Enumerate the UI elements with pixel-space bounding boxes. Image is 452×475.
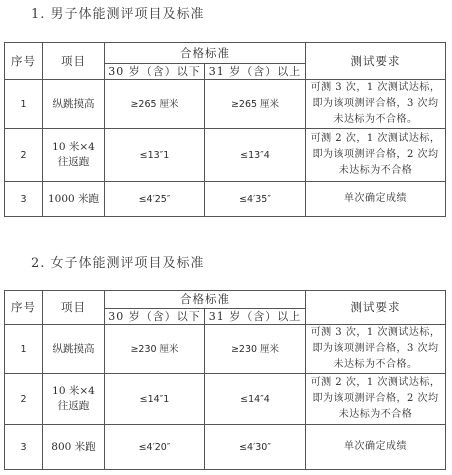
row-standard-over-31: ≤13″4: [205, 129, 306, 182]
section-title-women: 2. 女子体能测评项目及标准: [31, 252, 205, 271]
women-standards-table: 序号 项目 合格标准 测试要求 30 岁（含）以下 31 岁（含）以上 1 纵跳…: [4, 290, 446, 470]
header-requirement: 测试要求: [306, 43, 446, 80]
row-index: 3: [5, 182, 43, 217]
row-requirement: 可测 3 次，1 次测试达标，即为该项测评合格，3 次均未达标为不合格。: [306, 325, 446, 374]
row-item: 10 米×4 往返跑: [43, 129, 105, 182]
header-row: 序号 项目 合格标准 测试要求: [5, 291, 446, 309]
header-standard-group: 合格标准: [105, 43, 306, 64]
header-age-under-30: 30 岁（含）以下: [105, 309, 205, 325]
row-requirement: 可测 2 次，1 次测试达标，即为该项测评合格，2 次均未达标为不合格: [306, 374, 446, 425]
row-requirement: 单次确定成绩: [306, 425, 446, 470]
header-standard-group: 合格标准: [105, 291, 306, 309]
table-row: 3 1000 米跑 ≤4′25″ ≤4′35″ 单次确定成绩: [5, 182, 446, 217]
row-requirement: 可测 3 次，1 次测试达标，即为该项测评合格，3 次均未达标为不合格。: [306, 80, 446, 129]
row-standard-under-30: ≤4′25″: [105, 182, 205, 217]
table-row: 1 纵跳摸高 ≥230 厘米 ≥230 厘米 可测 3 次，1 次测试达标，即为…: [5, 325, 446, 374]
row-standard-over-31: ≤4′35″: [205, 182, 306, 217]
row-standard-under-30: ≤14″1: [105, 374, 205, 425]
row-index: 1: [5, 80, 43, 129]
row-item: 10 米×4 往返跑: [43, 374, 105, 425]
row-item: 纵跳摸高: [43, 80, 105, 129]
row-standard-over-31: ≤14″4: [205, 374, 306, 425]
header-age-over-31: 31 岁（含）以上: [205, 64, 306, 80]
table-row: 2 10 米×4 往返跑 ≤14″1 ≤14″4 可测 2 次，1 次测试达标，…: [5, 374, 446, 425]
row-item: 1000 米跑: [43, 182, 105, 217]
header-requirement: 测试要求: [306, 291, 446, 325]
row-standard-under-30: ≤4′20″: [105, 425, 205, 470]
table-row: 1 纵跳摸高 ≥265 厘米 ≥265 厘米 可测 3 次，1 次测试达标，即为…: [5, 80, 446, 129]
header-item: 项目: [43, 291, 105, 325]
row-requirement: 可测 2 次，1 次测试达标，即为该项测评合格，2 次均未达标为不合格: [306, 129, 446, 182]
row-requirement: 单次确定成绩: [306, 182, 446, 217]
row-standard-under-30: ≤13″1: [105, 129, 205, 182]
row-index: 1: [5, 325, 43, 374]
table-row: 3 800 米跑 ≤4′20″ ≤4′30″ 单次确定成绩: [5, 425, 446, 470]
table-row: 2 10 米×4 往返跑 ≤13″1 ≤13″4 可测 2 次，1 次测试达标，…: [5, 129, 446, 182]
row-item: 纵跳摸高: [43, 325, 105, 374]
men-standards-table: 序号 项目 合格标准 测试要求 30 岁（含）以下 31 岁（含）以上 1 纵跳…: [4, 42, 446, 217]
row-standard-over-31: ≤4′30″: [205, 425, 306, 470]
row-standard-over-31: ≥265 厘米: [205, 80, 306, 129]
row-index: 3: [5, 425, 43, 470]
header-index: 序号: [5, 43, 43, 80]
row-item: 800 米跑: [43, 425, 105, 470]
section-title-men: 1. 男子体能测评项目及标准: [31, 3, 205, 22]
header-age-under-30: 30 岁（含）以下: [105, 64, 205, 80]
row-index: 2: [5, 129, 43, 182]
header-item: 项目: [43, 43, 105, 80]
row-standard-over-31: ≥230 厘米: [205, 325, 306, 374]
header-index: 序号: [5, 291, 43, 325]
row-standard-under-30: ≥265 厘米: [105, 80, 205, 129]
row-index: 2: [5, 374, 43, 425]
header-row: 序号 项目 合格标准 测试要求: [5, 43, 446, 64]
header-age-over-31: 31 岁（含）以上: [205, 309, 306, 325]
row-standard-under-30: ≥230 厘米: [105, 325, 205, 374]
